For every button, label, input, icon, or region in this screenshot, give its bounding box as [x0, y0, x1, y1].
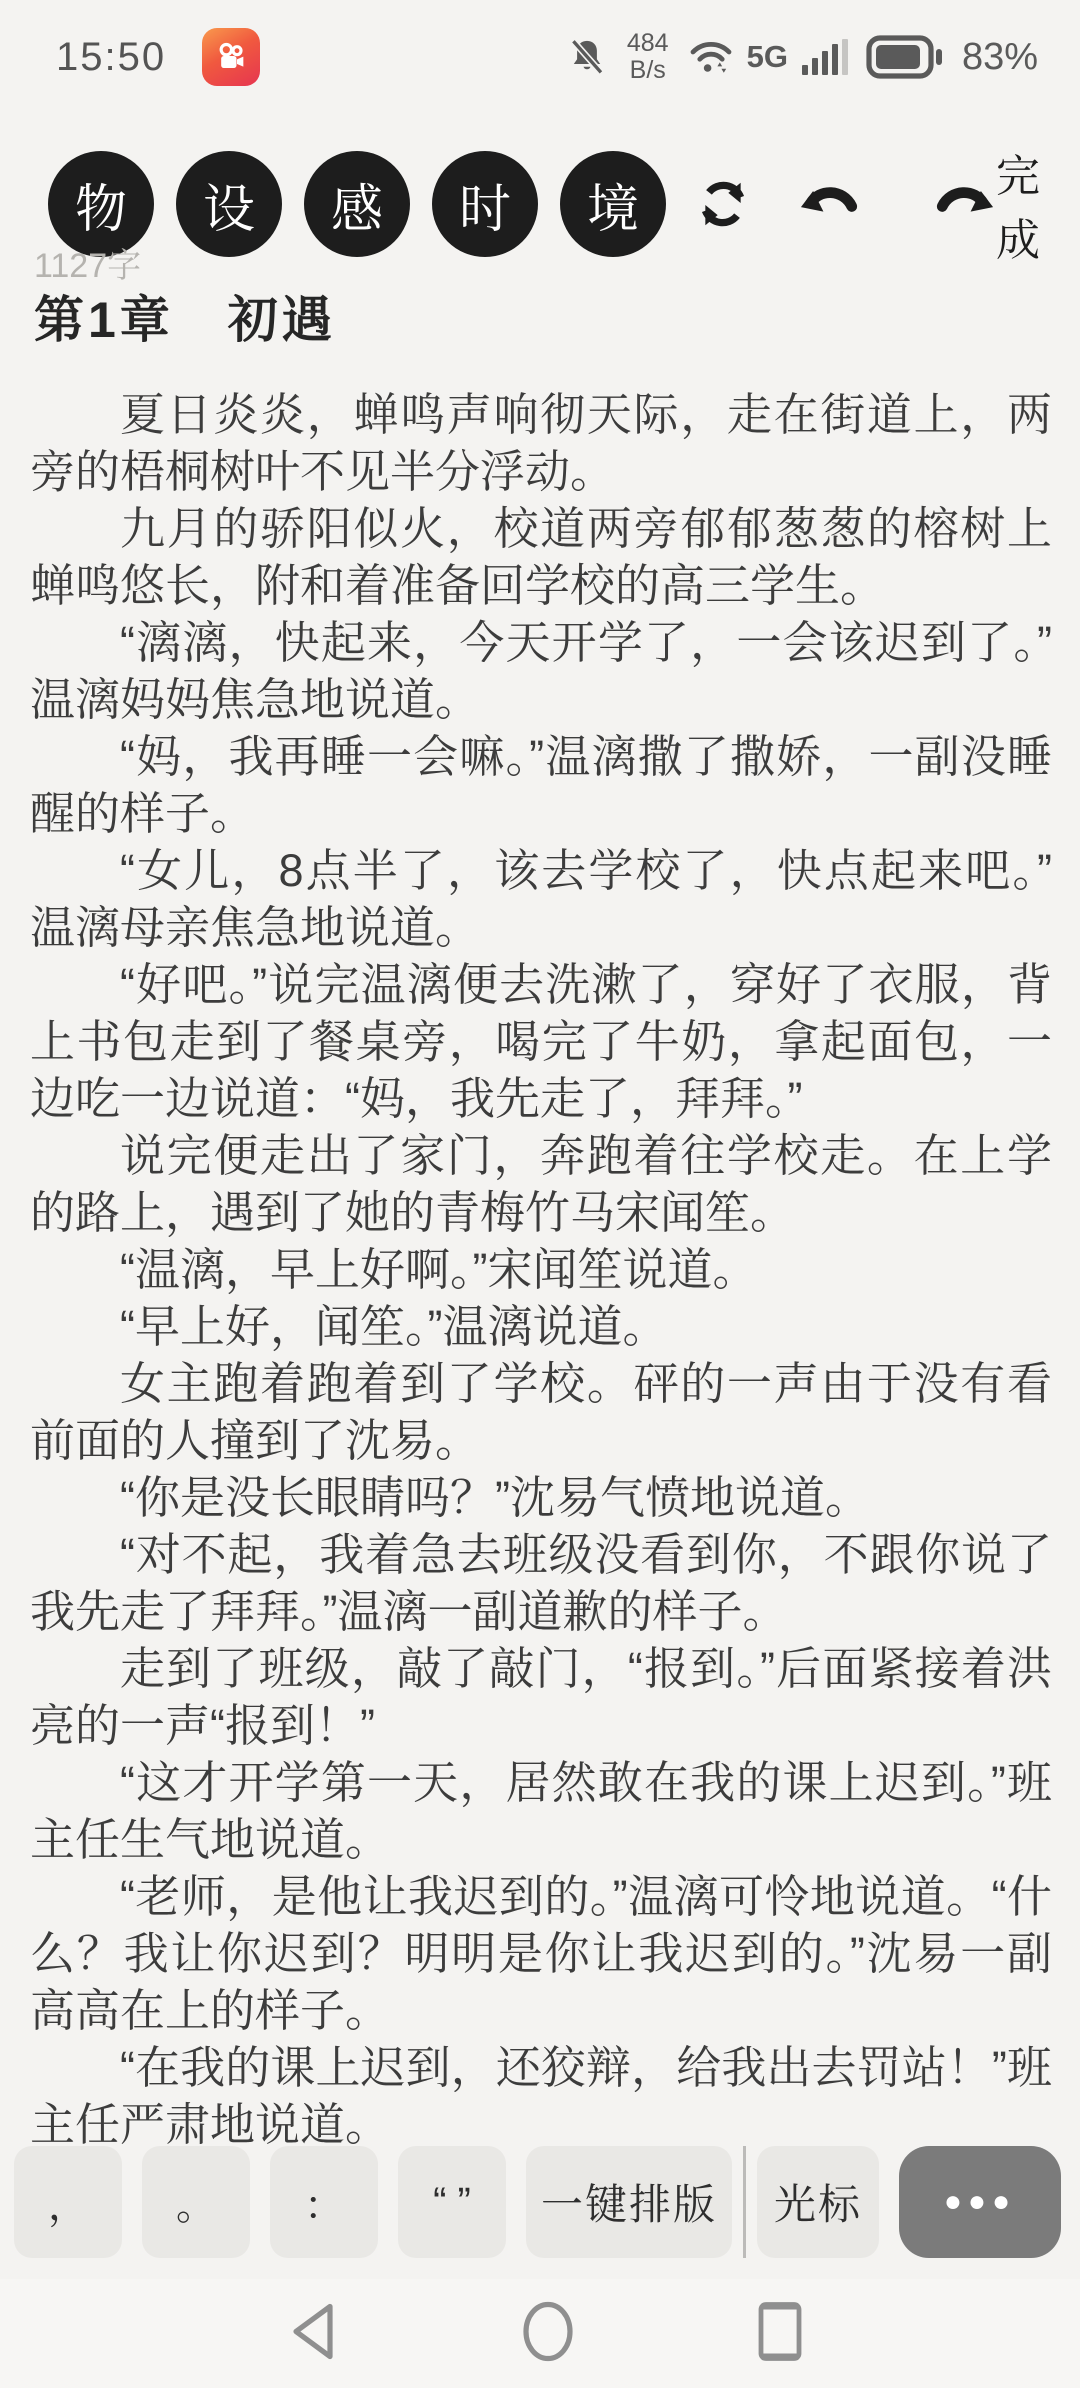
nav-recents-button[interactable] — [756, 2299, 804, 2368]
notification-muted-icon — [565, 34, 609, 80]
novel-editor-screen: 15:50 484 B/s — [0, 0, 1080, 2388]
story-paragraph[interactable]: “漓漓，快起来，今天开学了，一会该迟到了。”温漓妈妈焦急地说道。 — [30, 614, 1052, 728]
story-paragraph[interactable]: 女主跑着跑着到了学校。砰的一声由于没有看前面的人撞到了沈易。 — [30, 1355, 1052, 1469]
cursor-button[interactable]: 光标 — [757, 2146, 879, 2258]
story-paragraph[interactable]: “你是没长眼睛吗？”沈易气愤地说道。 — [30, 1469, 1052, 1526]
story-paragraph[interactable]: “温漓，早上好啊。”宋闻笙说道。 — [30, 1241, 1052, 1298]
story-text-area[interactable]: 夏日炎炎，蝉鸣声响彻天际，走在街道上，两旁的梧桐树叶不见半分浮动。 九月的骄阳似… — [30, 386, 1052, 2146]
signal-bars-icon — [802, 39, 848, 75]
sync-button[interactable] — [694, 172, 752, 236]
sync-icon — [694, 172, 752, 236]
tag-button-jing[interactable]: 境 — [560, 151, 666, 257]
recents-square-icon — [756, 2299, 804, 2363]
undo-icon — [798, 178, 864, 230]
quick-input-bar: ， 。 ： “ ” 一键排版 光标 ●●● — [14, 2146, 1066, 2258]
key-quotes[interactable]: “ ” — [398, 2146, 506, 2258]
story-paragraph[interactable]: “在我的课上迟到，还狡辩，给我出去罚站！”班主任严肃地说道。 — [30, 2039, 1052, 2146]
android-nav-bar — [0, 2279, 1080, 2388]
redo-icon — [930, 178, 996, 230]
tag-button-she[interactable]: 设 — [176, 151, 282, 257]
clock: 15:50 — [56, 35, 166, 80]
network-speed-unit: B/s — [630, 57, 666, 84]
done-button[interactable]: 完成 — [996, 140, 1046, 268]
auto-format-button[interactable]: 一键排版 — [526, 2146, 732, 2258]
story-paragraph[interactable]: “老师，是他让我迟到的。”温漓可怜地说道。“什么？我让你迟到？明明是你让我迟到的… — [30, 1868, 1052, 2039]
video-camera-icon — [211, 37, 251, 77]
key-comma[interactable]: ， — [14, 2146, 122, 2258]
redo-button[interactable] — [930, 178, 996, 230]
tag-button-gan[interactable]: 感 — [304, 151, 410, 257]
video-app-badge-icon — [202, 28, 260, 86]
story-paragraph[interactable]: 夏日炎炎，蝉鸣声响彻天际，走在街道上，两旁的梧桐树叶不见半分浮动。 — [30, 386, 1052, 500]
story-paragraph[interactable]: 说完便走出了家门，奔跑着往学校走。在上学的路上，遇到了她的青梅竹马宋闻笙。 — [30, 1127, 1052, 1241]
nav-home-button[interactable] — [520, 2298, 576, 2369]
story-paragraph[interactable]: “早上好，闻笙。”温漓说道。 — [30, 1298, 1052, 1355]
undo-button[interactable] — [798, 178, 864, 230]
story-paragraph[interactable]: “妈，我再睡一会嘛。”温漓撒了撒娇，一副没睡醒的样子。 — [30, 728, 1052, 842]
network-speed-value: 484 — [627, 30, 669, 57]
network-type: 5G — [747, 39, 788, 75]
key-period[interactable]: 。 — [142, 2146, 250, 2258]
home-circle-icon — [520, 2298, 576, 2364]
battery-icon — [866, 35, 944, 79]
tag-button-shi[interactable]: 时 — [432, 151, 538, 257]
back-triangle-icon — [286, 2300, 338, 2362]
status-icons: 484 B/s 5G 83% — [565, 30, 1038, 84]
story-paragraph[interactable]: “女儿，8点半了，该去学校了，快点起来吧。”温漓母亲焦急地说道。 — [30, 842, 1052, 956]
story-paragraph[interactable]: “好吧。”说完温漓便去洗漱了，穿好了衣服，背上书包走到了餐桌旁，喝完了牛奶，拿起… — [30, 956, 1052, 1127]
divider — [743, 2146, 746, 2258]
chapter-title-field[interactable]: 第1章 初遇 — [34, 280, 336, 352]
edit-toolbar: 物 设 感 时 境 完成 — [48, 148, 1036, 260]
nav-back-button[interactable] — [286, 2300, 338, 2367]
wifi-icon — [687, 36, 735, 78]
battery-percent: 83% — [962, 36, 1038, 79]
story-paragraph[interactable]: 走到了班级，敲了敲门，“报到。”后面紧接着洪亮的一声“报到！” — [30, 1640, 1052, 1754]
network-speed: 484 B/s — [627, 30, 669, 84]
story-paragraph[interactable]: “这才开学第一天，居然敢在我的课上迟到。”班主任生气地说道。 — [30, 1754, 1052, 1868]
status-bar: 15:50 484 B/s — [0, 0, 1080, 100]
key-colon[interactable]: ： — [270, 2146, 378, 2258]
story-paragraph[interactable]: “对不起，我着急去班级没看到你，不跟你说了我先走了拜拜。”温漓一副道歉的样子。 — [30, 1526, 1052, 1640]
story-paragraph[interactable]: 九月的骄阳似火，校道两旁郁郁葱葱的榕树上蝉鸣悠长，附和着准备回学校的高三学生。 — [30, 500, 1052, 614]
more-keys-button[interactable]: ●●● — [899, 2146, 1061, 2258]
